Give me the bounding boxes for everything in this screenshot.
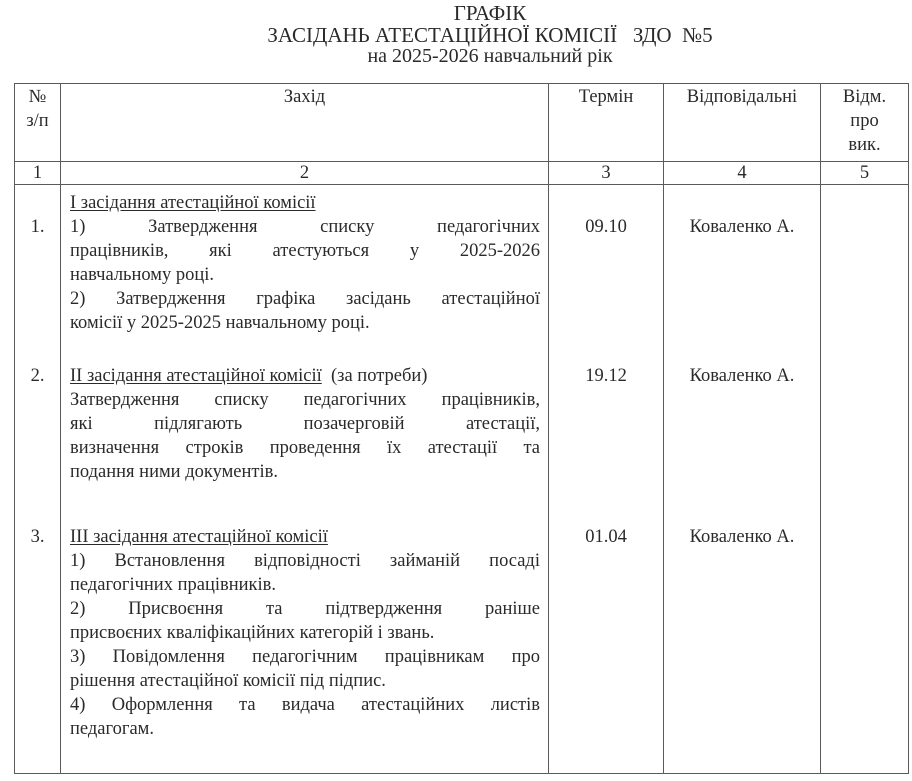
- event-item-line: присвоєних кваліфікаційних категорій і з…: [70, 621, 540, 645]
- row-number: 2.: [15, 356, 61, 515]
- event-item-line: 2) Присвоєння та підтвердження раніше: [70, 597, 540, 621]
- event-item-line: визначення строків проведення їх атестац…: [70, 436, 540, 460]
- table-row: 3. ІІІ засідання атестаційної комісії 1)…: [15, 515, 909, 774]
- done-cell: [821, 185, 909, 357]
- event-item-line: 1) Затвердження списку педагогічних: [70, 215, 540, 239]
- responsible-cell: Коваленко А.: [664, 356, 821, 515]
- document-title-block: ГРАФІК ЗАСІДАНЬ АТЕСТАЦІЙНОЇ КОМІСІЇ ЗДО…: [0, 2, 912, 66]
- header-done-line1: Відм.: [821, 85, 908, 109]
- column-number-row: 1 2 3 4 5: [15, 162, 909, 185]
- row-number: 1.: [15, 185, 61, 357]
- header-number-line2: з/п: [15, 109, 60, 133]
- table-row: 2. ІІ засідання атестаційної комісії (за…: [15, 356, 909, 515]
- meeting-title: ІІ засідання атестаційної комісії: [70, 366, 322, 386]
- date-cell: 09.10: [549, 185, 664, 357]
- event-item-line: які підлягають позачерговій атестації,: [70, 412, 540, 436]
- header-number-line1: №: [15, 85, 60, 109]
- header-number: № з/п: [15, 84, 61, 162]
- header-done-line2: про: [821, 109, 908, 133]
- schedule-table: № з/п Захід Термін Відповідальні Відм. п…: [14, 83, 909, 774]
- meeting-note: (за потреби): [322, 366, 428, 386]
- event-item-line: педагогічних працівників.: [70, 573, 540, 597]
- event-cell: ІІ засідання атестаційної комісії (за по…: [61, 356, 549, 515]
- header-responsible: Відповідальні: [664, 84, 821, 162]
- header-event: Захід: [61, 84, 549, 162]
- column-number: 2: [61, 162, 549, 185]
- event-item-line: навчальному році.: [70, 263, 540, 287]
- event-item-line: 3) Повідомлення педагогічним працівникам…: [70, 645, 540, 669]
- meeting-title: І засідання атестаційної комісії: [70, 193, 316, 213]
- document-subtitle: ЗАСІДАНЬ АТЕСТАЦІЙНОЇ КОМІСІЇ ЗДО №5: [0, 24, 912, 46]
- header-done-line3: вик.: [821, 133, 908, 157]
- event-item-line: 2) Затвердження графіка засідань атестац…: [70, 287, 540, 311]
- event-item-line: комісії у 2025-2025 навчальному році.: [70, 311, 540, 335]
- done-cell: [821, 356, 909, 515]
- event-item-line: 4) Оформлення та видача атестаційних лис…: [70, 693, 540, 717]
- date-cell: 19.12: [549, 356, 664, 515]
- header-date: Термін: [549, 84, 664, 162]
- table-row: 1. І засідання атестаційної комісії 1) З…: [15, 185, 909, 357]
- column-number: 3: [549, 162, 664, 185]
- event-item-line: 1) Встановлення відповідності займаній п…: [70, 549, 540, 573]
- event-cell: ІІІ засідання атестаційної комісії 1) Вс…: [61, 515, 549, 774]
- column-number: 1: [15, 162, 61, 185]
- document-academic-year: на 2025-2026 навчальний рік: [0, 46, 912, 66]
- date-cell: 01.04: [549, 515, 664, 774]
- column-number: 5: [821, 162, 909, 185]
- event-item-line: Затвердження списку педагогічних працівн…: [70, 388, 540, 412]
- responsible-cell: Коваленко А.: [664, 185, 821, 357]
- event-item-line: педагогам.: [70, 717, 540, 741]
- event-item-line: рішення атестаційної комісії під підпис.: [70, 669, 540, 693]
- event-item-line: працівників, які атестуються у 2025-2026: [70, 239, 540, 263]
- document-title: ГРАФІК: [0, 2, 912, 24]
- header-done: Відм. про вик.: [821, 84, 909, 162]
- table-header-row: № з/п Захід Термін Відповідальні Відм. п…: [15, 84, 909, 162]
- event-item-line: подання ними документів.: [70, 460, 540, 484]
- column-number: 4: [664, 162, 821, 185]
- row-number: 3.: [15, 515, 61, 774]
- event-cell: І засідання атестаційної комісії 1) Затв…: [61, 185, 549, 357]
- done-cell: [821, 515, 909, 774]
- meeting-title: ІІІ засідання атестаційної комісії: [70, 527, 328, 547]
- responsible-cell: Коваленко А.: [664, 515, 821, 774]
